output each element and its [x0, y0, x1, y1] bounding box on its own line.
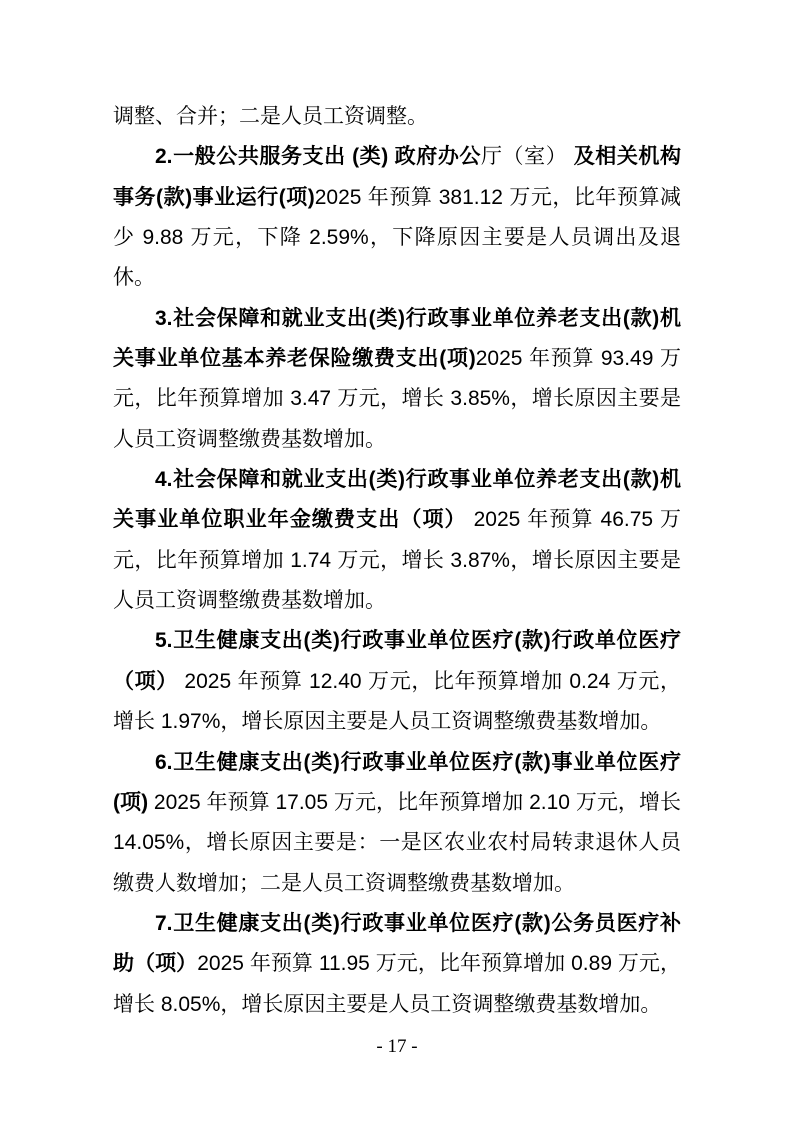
- para-2-general-public-services: 2.一般公共服务支出 (类) 政府办公厅（室） 及相关机构事务(款)事业运行(项…: [113, 137, 681, 298]
- document-page: 调整、合并；二是人员工资调整。2.一般公共服务支出 (类) 政府办公厅（室） 及…: [0, 0, 794, 1122]
- para-5-health-admin-medical: 5.卫生健康支出(类)行政事业单位医疗(款)行政单位医疗（项） 2025 年预算…: [113, 621, 681, 742]
- text-run: 2025 年预算 11.95 万元，比年预算增加 0.89 万元，增长 8.05…: [113, 952, 681, 1015]
- para-6-health-institution-medical: 6.卫生健康支出(类)行政事业单位医疗(款)事业单位医疗(项) 2025 年预算…: [113, 743, 681, 904]
- para-3-social-security-pension-basic: 3.社会保障和就业支出(类)行政事业单位养老支出(款)机关事业单位基本养老保险缴…: [113, 299, 681, 460]
- text-run: 厅（室）: [481, 145, 574, 168]
- para-4-social-security-annuity: 4.社会保障和就业支出(类)行政事业单位养老支出(款)机关事业单位职业年金缴费支…: [113, 460, 681, 621]
- page-number: - 17 -: [0, 1036, 794, 1058]
- para-1-continuation: 调整、合并；二是人员工资调整。: [113, 97, 681, 137]
- text-run: 调整、合并；二是人员工资调整。: [113, 105, 428, 128]
- text-run: 2025 年预算 17.05 万元，比年预算增加 2.10 万元，增长 14.0…: [113, 791, 681, 895]
- text-run-bold: 2.一般公共服务支出 (类) 政府办公: [155, 145, 481, 168]
- para-7-health-civil-servant-subsidy: 7.卫生健康支出(类)行政事业单位医疗(款)公务员医疗补助（项）2025 年预算…: [113, 904, 681, 1025]
- document-body: 调整、合并；二是人员工资调整。2.一般公共服务支出 (类) 政府办公厅（室） 及…: [113, 97, 681, 1025]
- text-run: 2025 年预算 12.40 万元，比年预算增加 0.24 万元，增长 1.97…: [113, 670, 681, 733]
